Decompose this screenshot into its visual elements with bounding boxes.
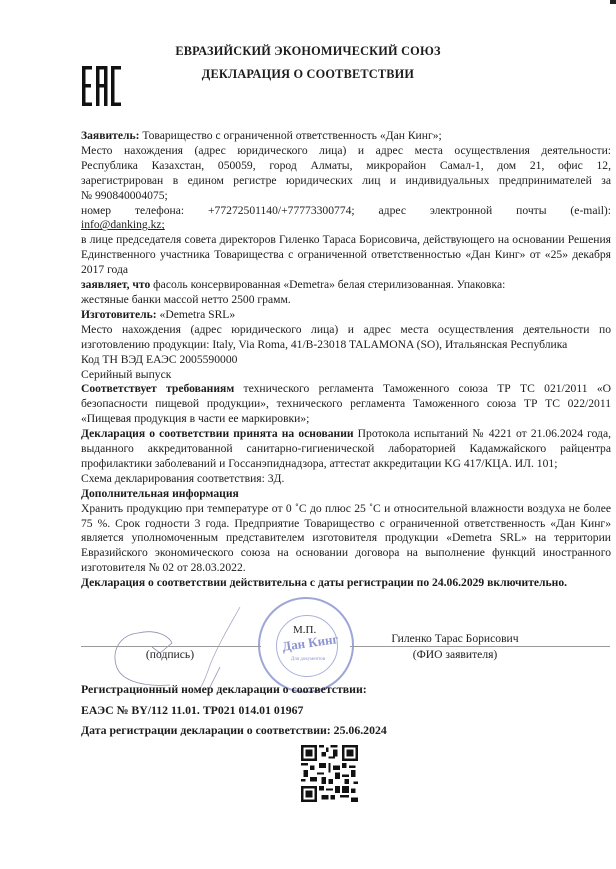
qr-code-icon[interactable]: [301, 745, 358, 802]
applicant-name: Товарищество с ограниченной ответственно…: [139, 129, 441, 142]
declares-line: заявляет, что фасоль консервированная «D…: [81, 278, 611, 293]
applicant-line: Заявитель: Товарищество с ограниченной о…: [81, 129, 611, 144]
manufacturer-label: Изготовитель:: [81, 308, 157, 321]
manufacturer-name: «Demetra SRL»: [157, 308, 236, 321]
applicant-label: Заявитель:: [81, 129, 139, 142]
basis-line: Декларация о соответствии принята на осн…: [81, 427, 611, 472]
declaration-scheme: Схема декларирования соответствия: 3Д.: [81, 472, 611, 487]
registration-number: ЕАЭС № BY/112 11.01. ТР021 014.01 01967: [81, 703, 303, 718]
additional-info-text: Хранить продукцию при температуре от 0 ˚…: [81, 502, 611, 577]
signer-name: Гиленко Тарас Борисович: [370, 632, 540, 645]
basis-label: Декларация о соответствии принята на осн…: [81, 427, 354, 440]
registration-date: Дата регистрации декларации о соответств…: [81, 723, 387, 738]
product-description: фасоль консервированная «Demetra» белая …: [150, 278, 505, 291]
applicant-registered: зарегистрирован в едином регистре юридич…: [81, 174, 611, 189]
packaging: жестяные банки массой нетто 2500 грамм.: [81, 293, 611, 308]
manufacturer-location: Место нахождения (адрес юридического лиц…: [81, 323, 611, 353]
applicant-reg-number: № 990840004075;: [81, 189, 611, 204]
signer-caption: (ФИО заявителя): [370, 648, 540, 661]
validity-text: Декларация о соответствии действительна …: [81, 576, 611, 591]
registration-label: Регистрационный номер декларации о соотв…: [81, 682, 367, 697]
release-type: Серийный выпуск: [81, 368, 611, 383]
declares-label: заявляет, что: [81, 278, 150, 291]
signature-caption: (подпись): [100, 648, 240, 661]
applicant-email-link[interactable]: info@danking.kz;: [81, 218, 165, 231]
stamp-small-text: Для документов: [290, 657, 326, 662]
applicant-represented-by: в лице председателя совета директоров Ги…: [81, 233, 611, 278]
compliance-label: Соответствует требованиям: [81, 382, 234, 395]
declaration-body: Заявитель: Товарищество с ограниченной о…: [81, 129, 611, 591]
compliance-line: Соответствует требованиям технического р…: [81, 382, 611, 427]
manufacturer-line: Изготовитель: «Demetra SRL»: [81, 308, 611, 323]
additional-info-label: Дополнительная информация: [81, 487, 611, 502]
tn-ved-code: Код ТН ВЭД ЕАЭС 2005590000: [81, 353, 611, 368]
signature-line: [81, 646, 261, 647]
scan-artifact: [610, 0, 616, 4]
applicant-location-1: Место нахождения (адрес юридического лиц…: [81, 144, 611, 159]
union-title: ЕВРАЗИЙСКИЙ ЭКОНОМИЧЕСКИЙ СОЮЗ: [0, 44, 616, 59]
applicant-location-2: Республика Казахстан, 050059, город Алма…: [81, 159, 611, 174]
signer-name-line: [350, 646, 610, 647]
eac-logo-icon: [80, 64, 124, 108]
applicant-phone: номер телефона: +77272501140/+7777330077…: [81, 204, 611, 219]
